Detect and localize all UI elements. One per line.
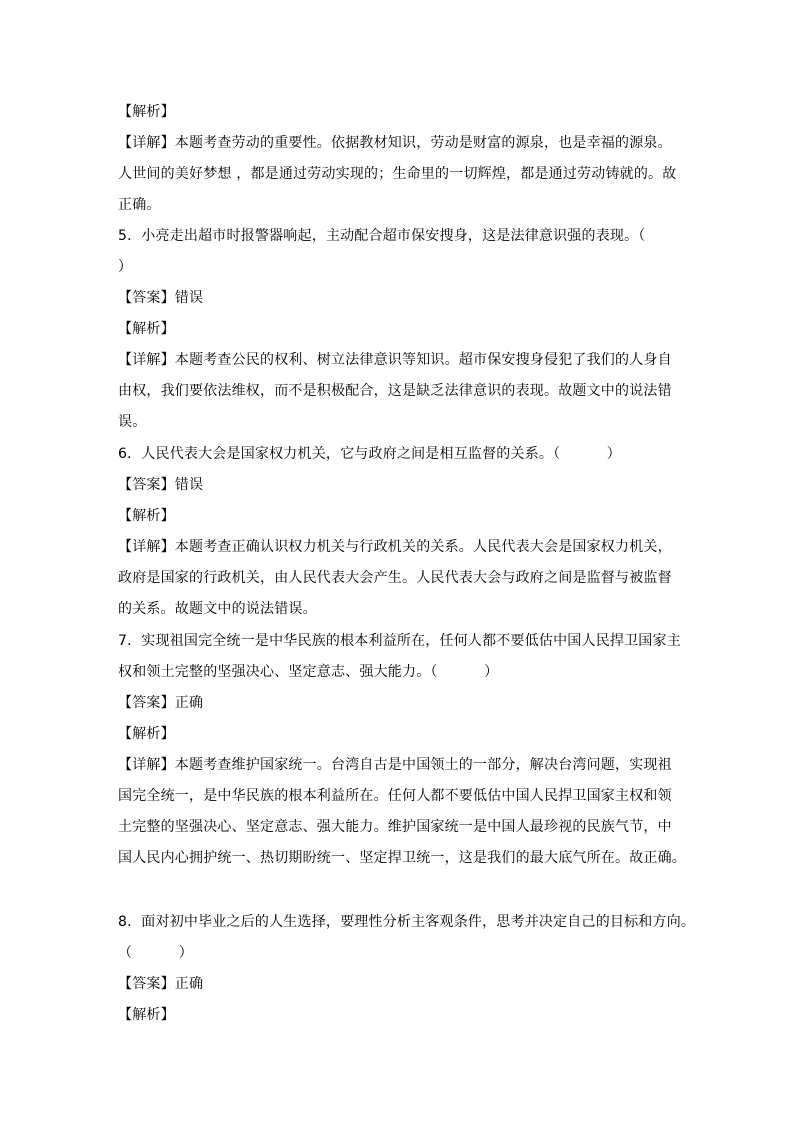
detail-text: 政府是国家的行政机关，由人民代表大会产生。人民代表大会与政府之间是监督与被监督	[118, 570, 672, 586]
detail-text: 正确。	[118, 197, 161, 213]
analysis-label: 【解析】	[118, 508, 175, 524]
answer-label: 【答案】正确	[118, 695, 203, 711]
question-5-bracket: ）	[118, 259, 132, 275]
analysis-label: 【解析】	[118, 104, 175, 120]
question-5: 5．小亮走出超市时报警器响起，主动配合超市保安搜身，这是法律意识强的表现。（	[118, 228, 646, 244]
document-page: 【解析】 【详解】本题考查劳动的重要性。依据教材知识，劳动是财富的源泉，也是幸福…	[0, 0, 794, 1123]
detail-text: 【详解】本题考查正确认识权力机关与行政机关的关系。人民代表大会是国家权力机关，	[118, 539, 672, 555]
detail-text: 【详解】本题考查劳动的重要性。依据教材知识，劳动是财富的源泉，也是幸福的源泉。	[118, 135, 672, 151]
answer-label: 【答案】错误	[118, 290, 203, 306]
analysis-label: 【解析】	[118, 321, 175, 337]
question-8: 8．面对初中毕业之后的人生选择，要理性分析主客观条件，思考并决定自己的目标和方向…	[118, 914, 695, 930]
question-8-bracket: （ ）	[118, 945, 193, 961]
detail-text: 的关系。故题文中的说法错误。	[118, 601, 317, 617]
question-6: 6．人民代表大会是国家权力机关，它与政府之间是相互监督的关系。（ ）	[118, 446, 621, 462]
question-7-cont: 权和领土完整的坚强决心、坚定意志、强大能力。（ ）	[118, 664, 498, 680]
analysis-label: 【解析】	[118, 726, 175, 742]
detail-text: 【详解】本题考查维护国家统一。台湾自古是中国领土的一部分，解决台湾问题，实现祖	[118, 757, 672, 773]
detail-text: 国完全统一，是中华民族的根本利益所在。任何人都不要低估中国人民捍卫国家主权和领	[118, 788, 672, 804]
detail-text: 【详解】本题考查公民的权利、树立法律意识等知识。超市保安搜身侵犯了我们的人身自	[118, 352, 672, 368]
question-7: 7．实现祖国完全统一是中华民族的根本利益所在，任何人都不要低估中国人民捍卫国家主	[118, 633, 681, 649]
detail-text: 国人民内心拥护统一、热切期盼统一、坚定捍卫统一，这是我们的最大底气所在。故正确。	[118, 850, 686, 866]
detail-text: 人世间的美好梦想 ，都是通过劳动实现的；生命里的一切辉煌，都是通过劳动铸就的。故	[118, 166, 676, 182]
answer-label: 【答案】正确	[118, 976, 203, 992]
answer-label: 【答案】错误	[118, 477, 203, 493]
detail-text: 由权，我们要依法维权，而不是积极配合，这是缺乏法律意识的表现。故题文中的说法错	[118, 383, 672, 399]
analysis-label: 【解析】	[118, 1007, 175, 1023]
detail-text: 误。	[118, 414, 146, 430]
detail-text: 土完整的坚强决心、坚定意志、强大能力。维护国家统一是中国人最珍视的民族气节，中	[118, 819, 672, 835]
